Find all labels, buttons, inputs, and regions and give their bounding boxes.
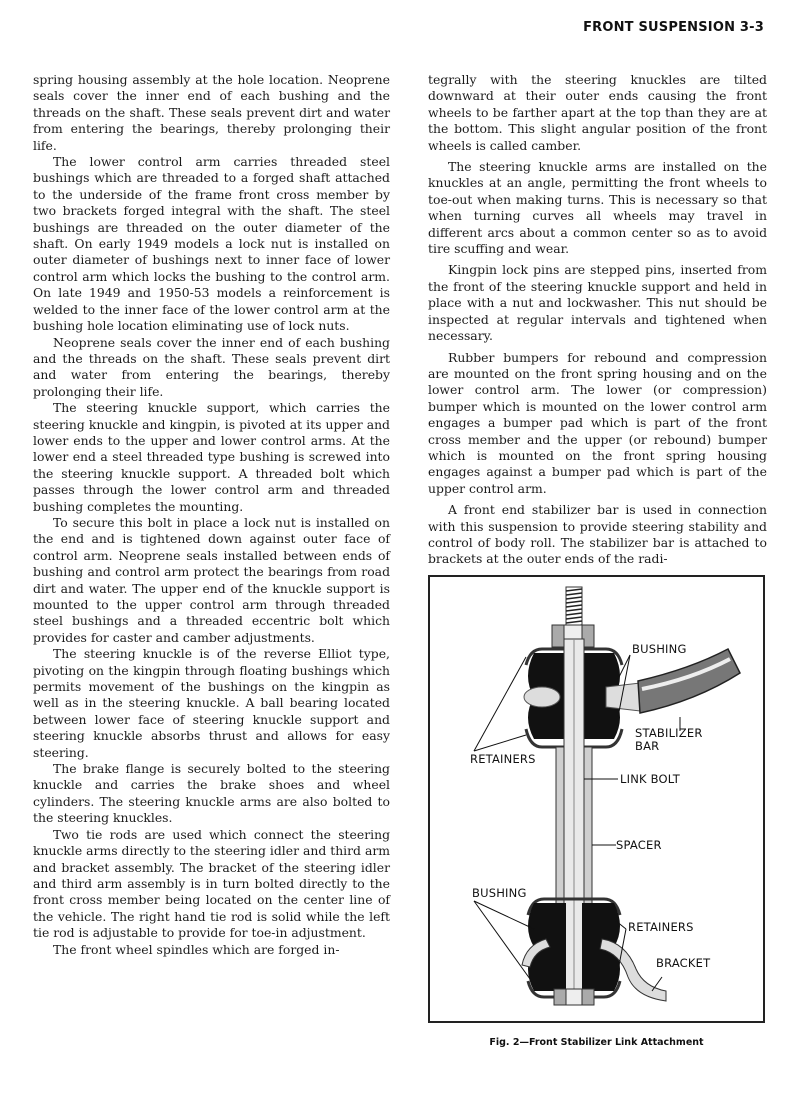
paragraph: To secure this bolt in place a lock nut …	[33, 515, 390, 646]
paragraph: The front wheel spindles which are forge…	[33, 942, 390, 958]
stabilizer-bar-icon	[638, 649, 740, 713]
label-spacer: SPACER	[616, 839, 662, 852]
label-retainers-top: RETAINERS	[470, 753, 536, 766]
page-header: FRONT SUSPENSION 3-3	[583, 20, 764, 35]
paragraph: Rubber bumpers for rebound and compressi…	[428, 350, 767, 498]
paragraph: The lower control arm carries threaded s…	[33, 154, 390, 334]
paragraph: Neoprene seals cover the inner end of ea…	[33, 335, 390, 401]
stabilizer-link-figure: BUSHING STABILIZER BAR RETAINERS LINK BO…	[428, 575, 765, 1023]
paragraph: The steering knuckle support, which carr…	[33, 400, 390, 515]
paragraph: A front end stabilizer bar is used in co…	[428, 502, 767, 568]
label-stabilizer-bar: STABILIZER BAR	[635, 727, 703, 753]
label-retainers-bottom: RETAINERS	[628, 921, 694, 934]
paragraph: Kingpin lock pins are stepped pins, inse…	[428, 262, 767, 344]
left-text-column: spring housing assembly at the hole loca…	[33, 72, 390, 958]
paragraph: Two tie rods are used which connect the …	[33, 827, 390, 942]
paragraph: The steering knuckle arms are installed …	[428, 159, 767, 257]
paragraph: The steering knuckle is of the reverse E…	[33, 646, 390, 761]
label-bushing-top: BUSHING	[632, 643, 687, 656]
label-link-bolt: LINK BOLT	[620, 773, 680, 786]
label-stabilizer-line2: BAR	[635, 740, 703, 753]
figure-caption: Fig. 2—Front Stabilizer Link Attachment	[428, 1037, 765, 1048]
paragraph: The brake flange is securely bolted to t…	[33, 761, 390, 827]
label-bracket: BRACKET	[656, 957, 710, 970]
right-text-column: tegrally with the steering knuckles are …	[428, 72, 767, 568]
paragraph: tegrally with the steering knuckles are …	[428, 72, 767, 154]
stabilizer-link-illustration	[430, 577, 767, 1025]
label-bushing-bottom: BUSHING	[472, 887, 527, 900]
paragraph: spring housing assembly at the hole loca…	[33, 72, 390, 154]
